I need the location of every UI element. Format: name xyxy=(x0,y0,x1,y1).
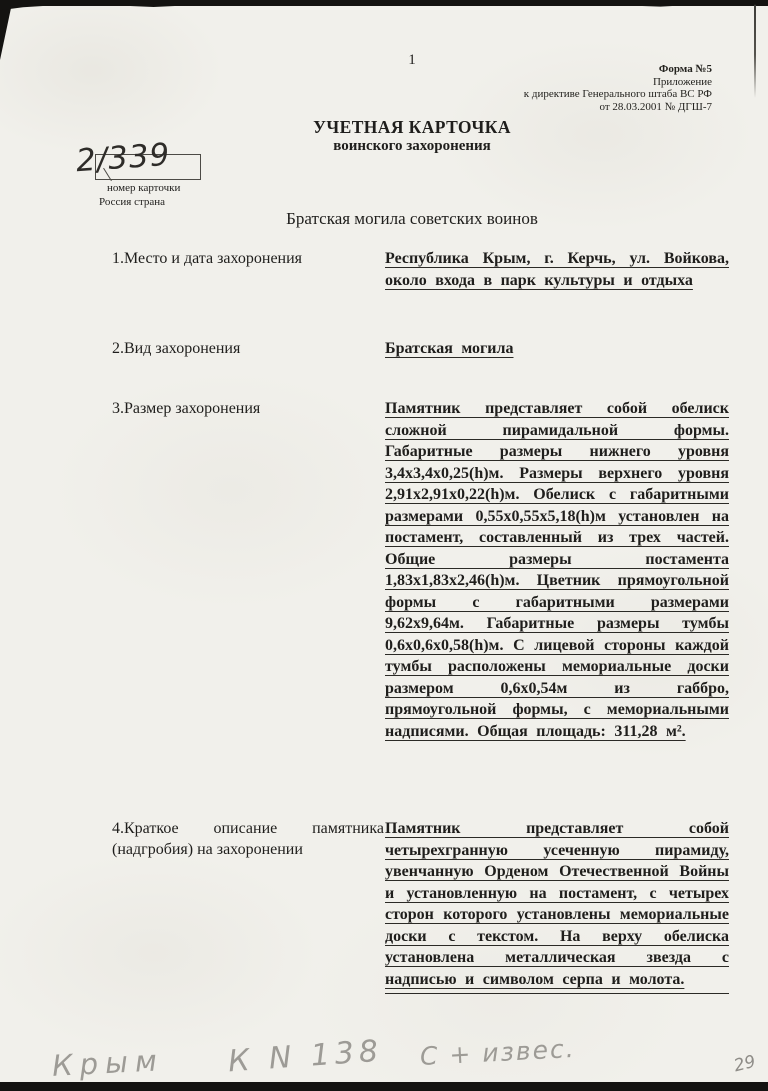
form-reference-block: Форма №5 Приложение к директиве Генераль… xyxy=(524,63,712,113)
field-label: 3.Размер захоронения xyxy=(112,398,384,419)
form-ref-line: Форма №5 xyxy=(524,63,712,76)
form-ref-line: к директиве Генерального штаба ВС РФ xyxy=(524,88,712,101)
field-value: Братская могила xyxy=(385,338,729,360)
card-number-label: номер карточки xyxy=(107,182,180,194)
form-ref-line: Приложение xyxy=(524,76,712,89)
handwritten-corner-mark: 29 xyxy=(732,1052,758,1077)
scan-fold-line xyxy=(754,2,756,98)
field-value: Республика Крым, г. Керчь, ул. Войкова, … xyxy=(385,248,729,291)
field-label: 1.Место и дата захоронения xyxy=(112,248,384,269)
field-label: 2.Вид захоронения xyxy=(112,338,384,359)
section-heading: Братская могила советских воинов xyxy=(56,209,768,229)
handwritten-note-code: К N 138 xyxy=(227,1034,384,1080)
form-ref-line: от 28.03.2001 № ДГШ-7 xyxy=(524,101,712,114)
scanned-document: 1 Форма №5 Приложение к директиве Генера… xyxy=(0,0,768,1091)
handwritten-card-number: 2/339 xyxy=(75,137,172,179)
trailing-rule xyxy=(385,993,729,994)
field-value: Памятник представляет собой обелиск слож… xyxy=(385,398,729,742)
field-value: Памятник представляет собой четырехгранн… xyxy=(385,818,729,994)
handwritten-note-material: С + извес. xyxy=(419,1034,576,1071)
document-title: УЧЕТНАЯ КАРТОЧКА xyxy=(56,118,768,137)
field-label: 4.Краткое описание памятника (надгробия)… xyxy=(112,818,384,860)
handwritten-note-region: Крым xyxy=(51,1043,164,1083)
country-label: Россия страна xyxy=(99,196,165,208)
document-page: 1 Форма №5 Приложение к директиве Генера… xyxy=(0,6,768,1082)
